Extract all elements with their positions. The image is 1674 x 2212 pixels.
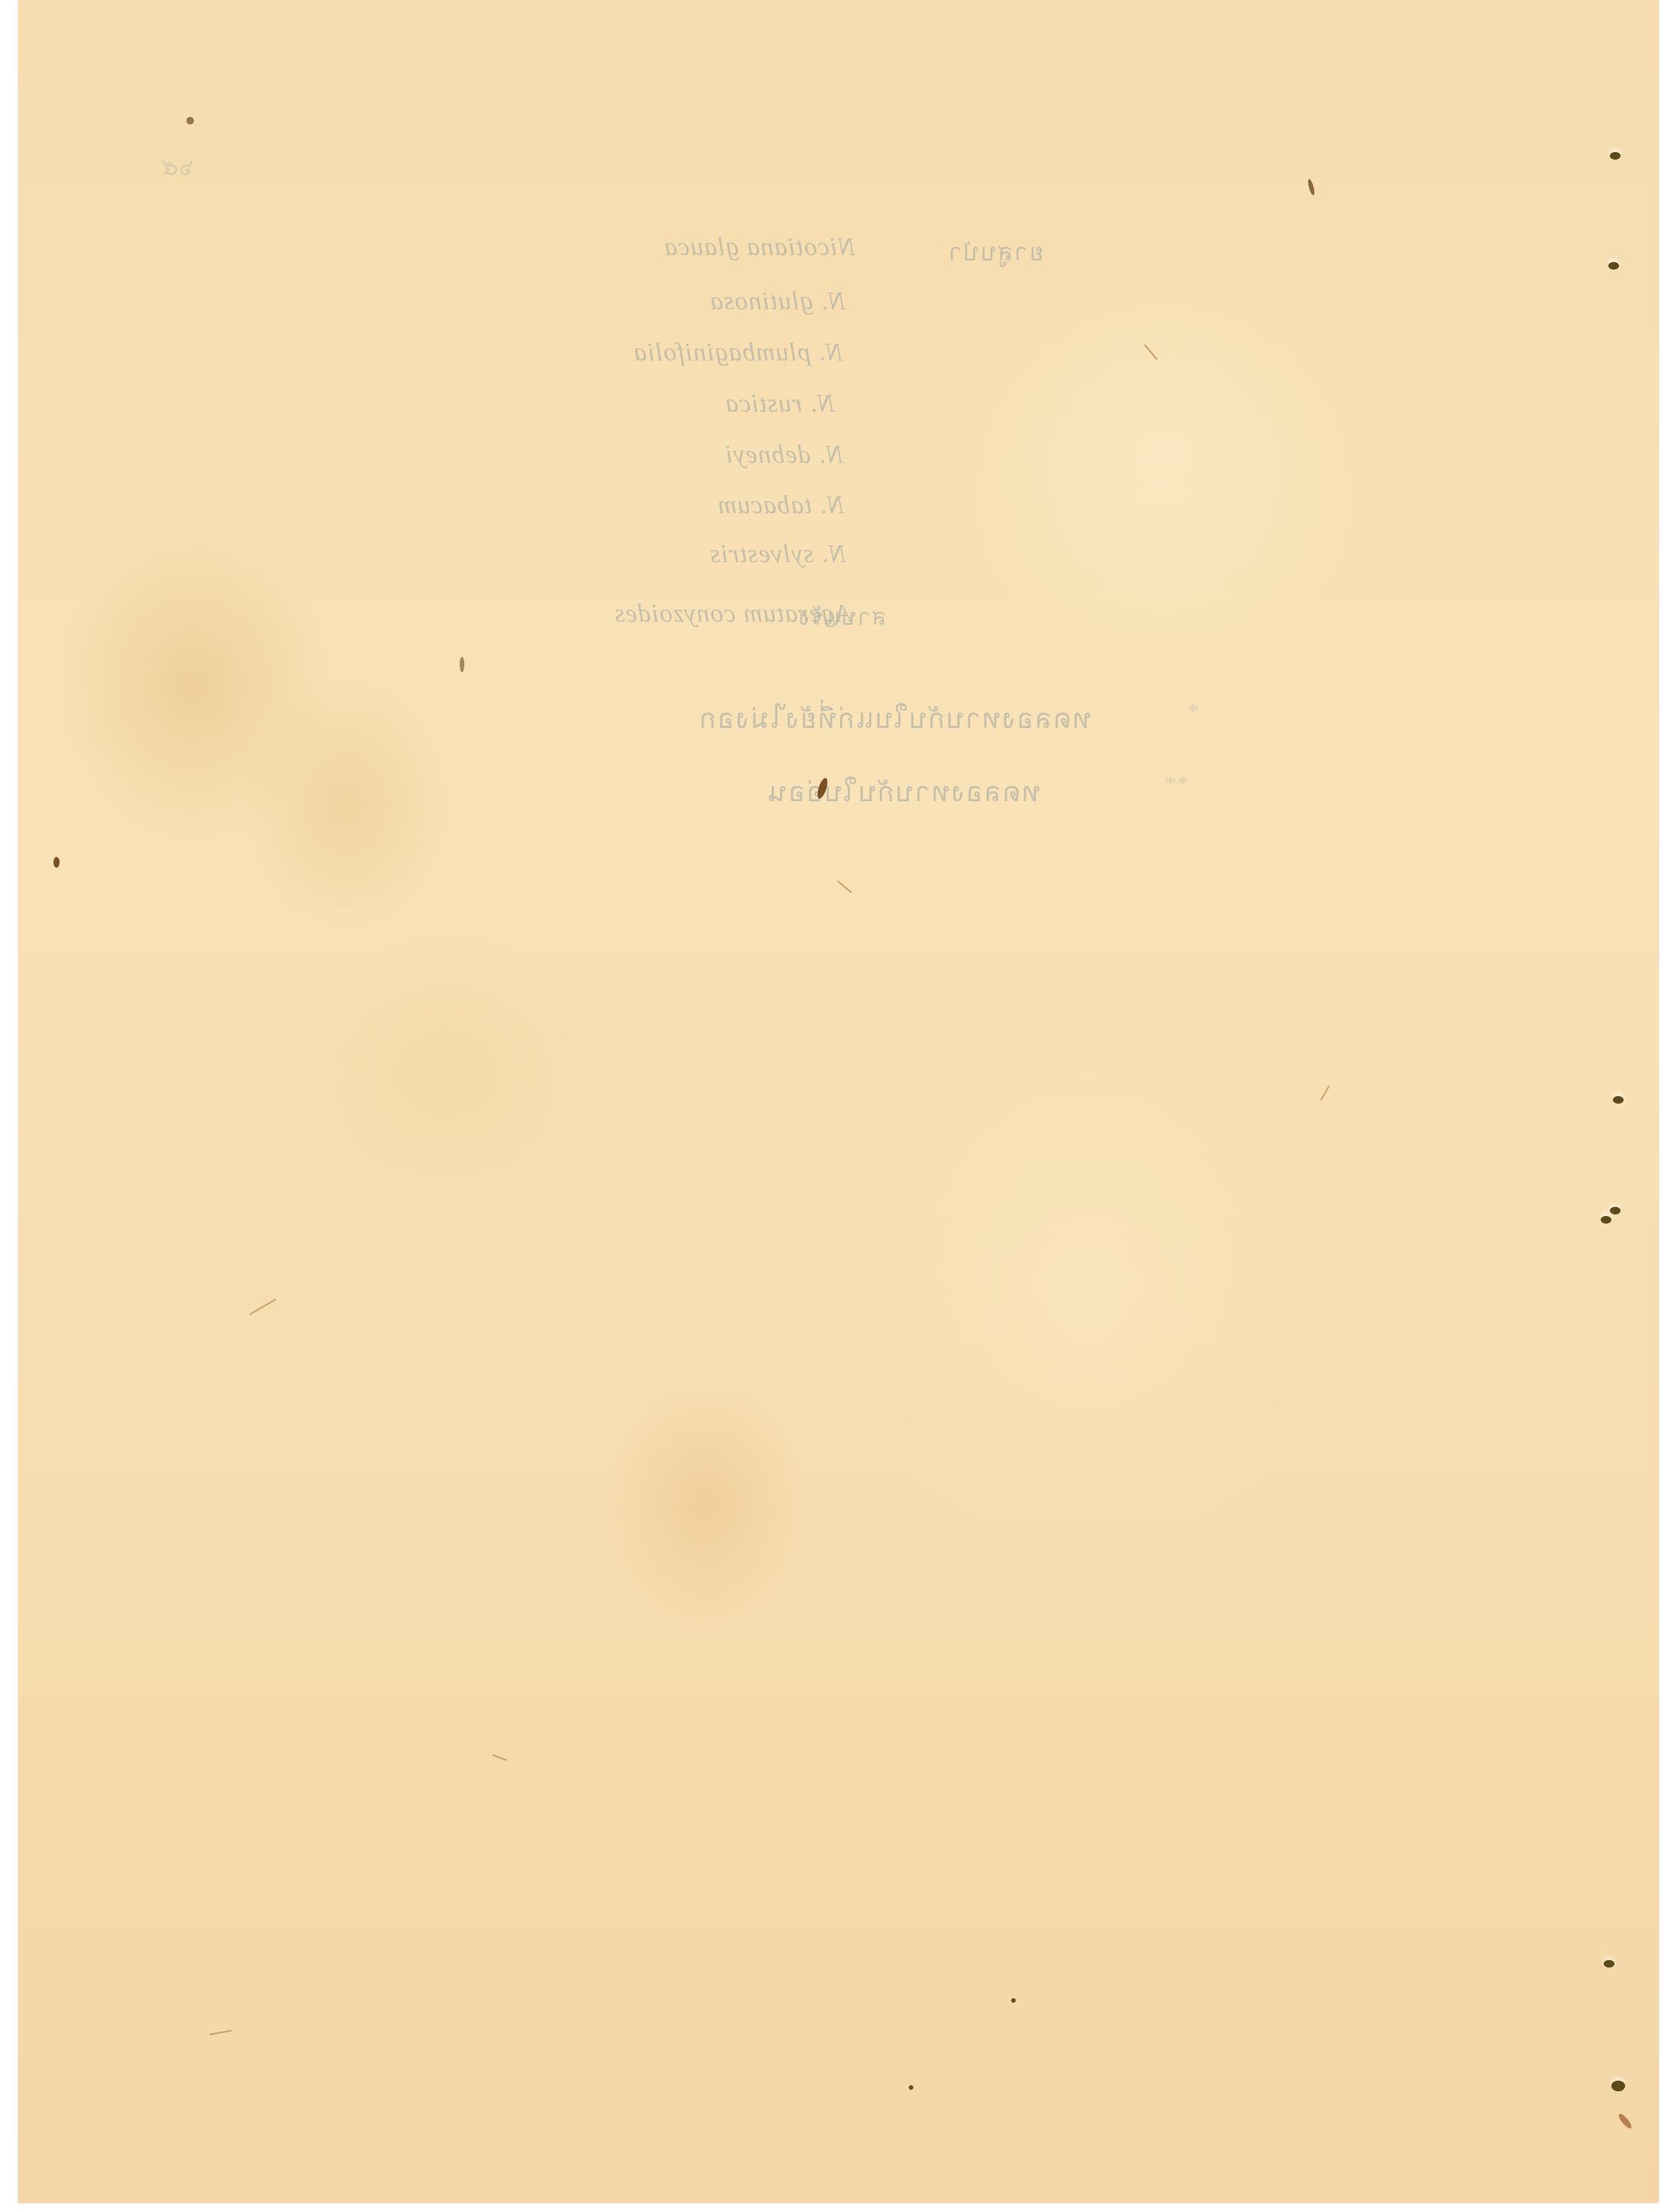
dirt-spot bbox=[1617, 2112, 1634, 2130]
binding-hole bbox=[1604, 1960, 1614, 1968]
paper-fiber bbox=[1144, 344, 1158, 360]
bleed-line-2: N. glutinosa bbox=[709, 287, 845, 316]
binding-hole bbox=[1611, 2081, 1625, 2091]
bleed-footnote-1: ทดลองทาบกับใบแก่ที่ยังไม่งอก bbox=[698, 697, 1091, 740]
bleed-line-6: N. tabacum bbox=[717, 491, 845, 520]
dirt-spot bbox=[53, 857, 60, 868]
bleed-footnote-marker-1: * bbox=[1187, 699, 1199, 725]
binding-hole bbox=[1613, 1096, 1624, 1104]
paper-fiber bbox=[1320, 1085, 1330, 1101]
paper-fiber bbox=[837, 881, 852, 894]
bleed-page-number: ๖๕ bbox=[160, 150, 194, 186]
binding-hole bbox=[1610, 152, 1621, 160]
paper-fiber bbox=[209, 2029, 232, 2035]
bleed-line-1: Nicotiana glauca bbox=[664, 233, 855, 262]
dirt-spot bbox=[1011, 1998, 1016, 2003]
binding-hole bbox=[1608, 262, 1619, 270]
dirt-spot bbox=[186, 117, 194, 125]
bleed-footnote-2: ทดลองทาบกับใบอ่อน bbox=[767, 770, 1040, 813]
bleed-footnote-marker-2: ** bbox=[1164, 771, 1188, 797]
paper-sheet: ๖๕ ยาสูบป่า Nicotiana glauca N. glutinos… bbox=[18, 0, 1659, 2203]
paper-fiber bbox=[249, 1298, 276, 1315]
bleed-line-8: Ageratum conyzoides bbox=[614, 600, 852, 629]
dirt-spot bbox=[909, 2085, 913, 2090]
paper-fiber bbox=[492, 1754, 506, 1761]
dirt-spot bbox=[460, 657, 464, 672]
bleed-line-7: N. sylvestris bbox=[709, 540, 846, 569]
dirt-spot bbox=[1307, 179, 1315, 196]
bleed-line-4: N. rustica bbox=[725, 390, 835, 419]
binding-hole bbox=[1601, 1216, 1611, 1224]
bleed-line-5: N. debneyi bbox=[725, 441, 843, 470]
bleed-label-1: ยาสูบป่า bbox=[947, 233, 1044, 272]
bleed-line-3: N. plumbaginifolia bbox=[633, 338, 843, 367]
binding-hole bbox=[1610, 1207, 1621, 1214]
